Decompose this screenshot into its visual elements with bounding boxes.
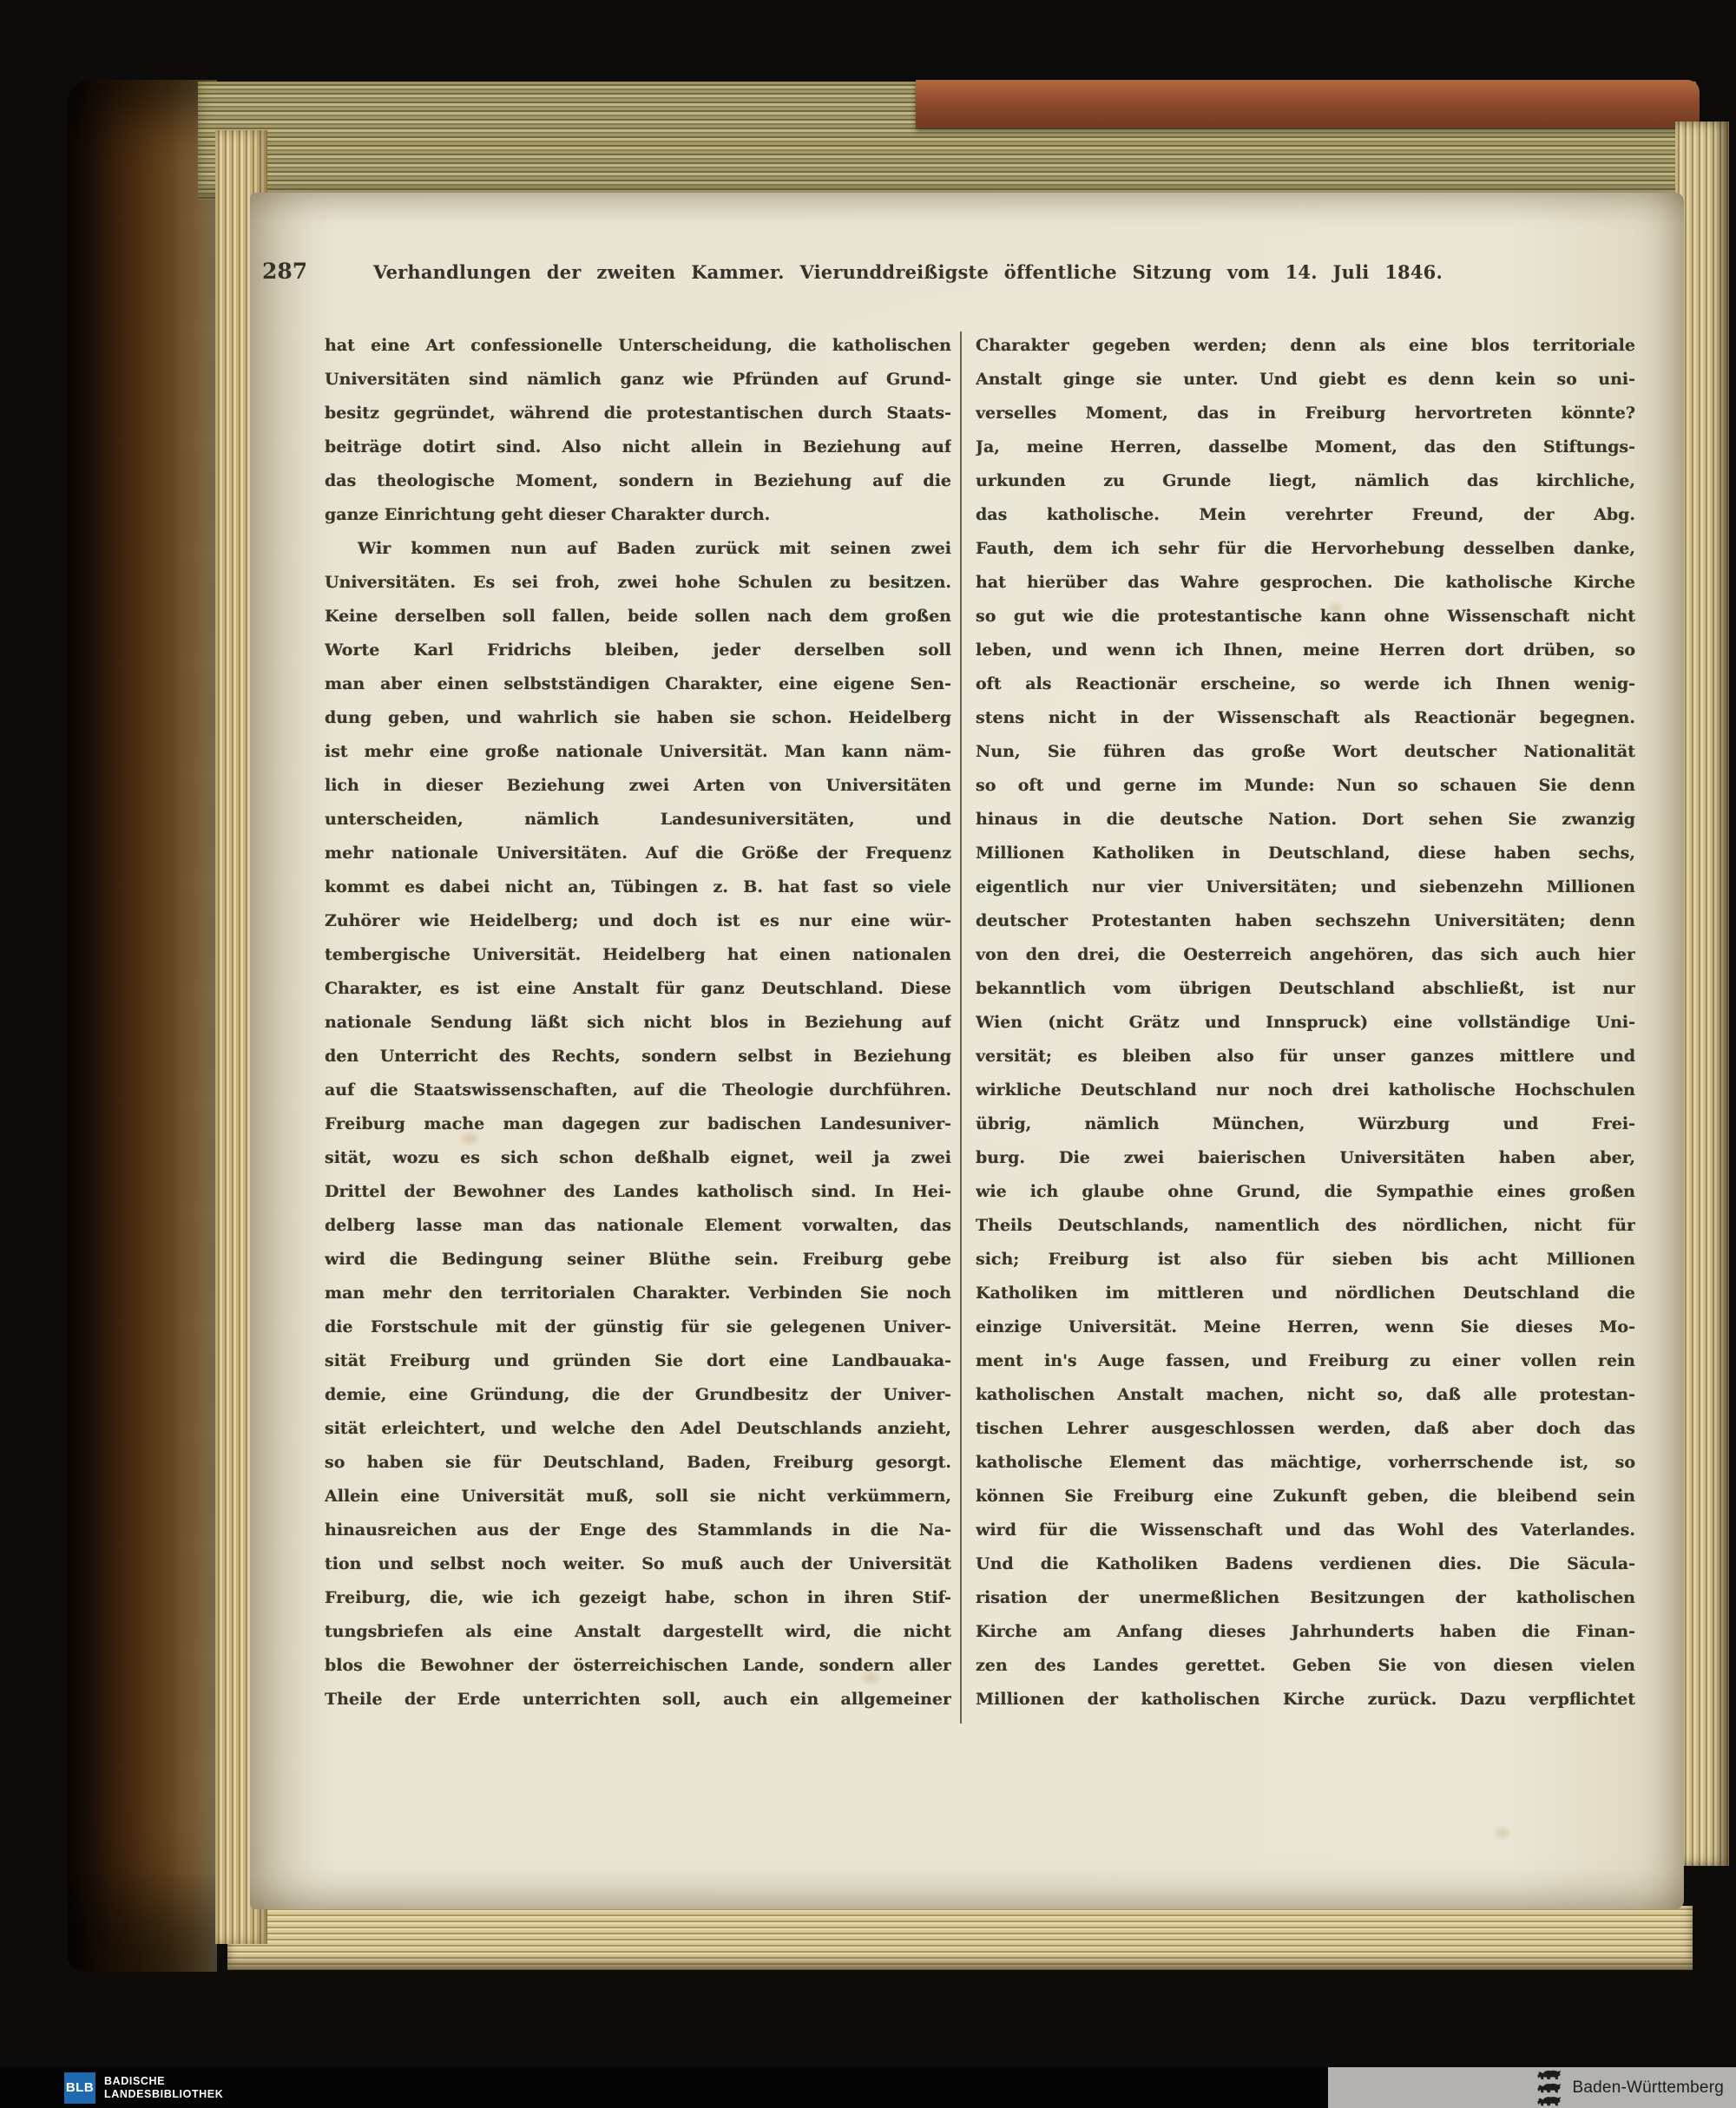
- text-line: Millionen Katholiken in Deutschland, die…: [976, 837, 1635, 870]
- text-line: risation der unermeßlichen Besitzungen d…: [976, 1581, 1635, 1615]
- text-line: sität, wozu es sich schon deßhalb eignet…: [325, 1141, 951, 1175]
- text-line: leben, und wenn ich Ihnen, meine Herren …: [976, 634, 1635, 667]
- text-line: wird für die Wissenschaft und das Wohl d…: [976, 1514, 1635, 1547]
- text-line: Katholiken im mittleren und nördlichen D…: [976, 1277, 1635, 1310]
- column-divider: [960, 332, 962, 1724]
- text-line: Freiburg mache man dagegen zur badischen…: [325, 1107, 951, 1141]
- text-line: ment in's Auge fassen, und Freiburg zu e…: [976, 1344, 1635, 1378]
- text-line: Charakter gegeben werden; denn als eine …: [976, 329, 1635, 363]
- text-line: Charakter, es ist eine Anstalt für ganz …: [325, 972, 951, 1006]
- library-name-line1: BADISCHE: [104, 2075, 223, 2088]
- text-line: hinausreichen aus der Enge des Stammland…: [325, 1514, 951, 1547]
- text-line: sität erleichtert, und welche den Adel D…: [325, 1412, 951, 1446]
- text-line: Freiburg, die, wie ich gezeigt habe, sch…: [325, 1581, 951, 1615]
- text-line: tion und selbst noch weiter. So muß auch…: [325, 1547, 951, 1581]
- text-column-left: hat eine Art confessionelle Unterscheidu…: [325, 329, 951, 1717]
- text-line: delberg lasse man das nationale Element …: [325, 1209, 951, 1243]
- text-line: wird die Bedingung seiner Blüthe sein. F…: [325, 1243, 951, 1277]
- page-number: 287: [262, 259, 307, 284]
- text-line: Worte Karl Fridrichs bleiben, jeder ders…: [325, 634, 951, 667]
- library-footer-bar: BLB BADISCHE LANDESBIBLIOTHEK: [0, 2067, 1328, 2108]
- text-line: urkunden zu Grunde liegt, nämlich das ki…: [976, 464, 1635, 498]
- text-line: sität Freiburg und gründen Sie dort eine…: [325, 1344, 951, 1378]
- text-line: Allein eine Universität muß, soll sie ni…: [325, 1480, 951, 1514]
- running-header: Verhandlungen der zweiten Kammer. Vierun…: [373, 261, 1443, 283]
- text-line: Kirche am Anfang dieses Jahrhunderts hab…: [976, 1615, 1635, 1649]
- text-line: Ja, meine Herren, dasselbe Moment, das d…: [976, 430, 1635, 464]
- text-line: Drittel der Bewohner des Landes katholis…: [325, 1175, 951, 1209]
- text-line: hat hierüber das Wahre gesprochen. Die k…: [976, 566, 1635, 600]
- text-line: kommt es dabei nicht an, Tübingen z. B. …: [325, 870, 951, 904]
- text-line: demie, eine Gründung, die der Grundbesit…: [325, 1378, 951, 1412]
- text-line: sich; Freiburg ist also für sieben bis a…: [976, 1243, 1635, 1277]
- text-line: ganze Einrichtung geht dieser Charakter …: [325, 498, 951, 532]
- text-line: dung geben, und wahrlich sie haben sie s…: [325, 701, 951, 735]
- book-spine: [68, 80, 217, 1972]
- text-line: katholischen Anstalt machen, nicht so, d…: [976, 1378, 1635, 1412]
- text-line: katholische Element das mächtige, vorher…: [976, 1446, 1635, 1480]
- text-line: Keine derselben soll fallen, beide solle…: [325, 600, 951, 634]
- text-line: versität; es bleiben also für unser ganz…: [976, 1040, 1635, 1074]
- text-line: lich in dieser Beziehung zwei Arten von …: [325, 769, 951, 803]
- text-column-right: Charakter gegeben werden; denn als eine …: [976, 329, 1635, 1717]
- book-page: 287 Verhandlungen der zweiten Kammer. Vi…: [250, 193, 1684, 1909]
- text-line: man aber einen selbstständigen Charakter…: [325, 667, 951, 701]
- text-line: deutscher Protestanten haben sechszehn U…: [976, 904, 1635, 938]
- text-line: Millionen der katholischen Kirche zurück…: [976, 1683, 1635, 1717]
- text-line: stens nicht in der Wissenschaft als Reac…: [976, 701, 1635, 735]
- text-line: hat eine Art confessionelle Unterscheidu…: [325, 329, 951, 363]
- text-line: einzige Universität. Meine Herren, wenn …: [976, 1310, 1635, 1344]
- text-line: mehr nationale Universitäten. Auf die Gr…: [325, 837, 951, 870]
- text-line: Anstalt ginge sie unter. Und giebt es de…: [976, 363, 1635, 397]
- text-line: oft als Reactionär erscheine, so werde i…: [976, 667, 1635, 701]
- text-line: nationale Sendung läßt sich nicht blos i…: [325, 1006, 951, 1040]
- scanned-book-photo: 287 Verhandlungen der zweiten Kammer. Vi…: [0, 0, 1736, 2108]
- text-line: man mehr den territorialen Charakter. Ve…: [325, 1277, 951, 1310]
- text-line: tischen Lehrer ausgeschlossen werden, da…: [976, 1412, 1635, 1446]
- text-line: beiträge dotirt sind. Also nicht allein …: [325, 430, 951, 464]
- text-line: Theile der Erde unterrichten soll, auch …: [325, 1683, 951, 1717]
- text-line: Fauth, dem ich sehr für die Hervorhebung…: [976, 532, 1635, 566]
- text-line: verselles Moment, das in Freiburg hervor…: [976, 397, 1635, 430]
- text-line: von den drei, die Oesterreich angehören,…: [976, 938, 1635, 972]
- text-line: Zuhörer wie Heidelberg; und doch ist es …: [325, 904, 951, 938]
- text-line: so haben sie für Deutschland, Baden, Fre…: [325, 1446, 951, 1480]
- library-name-line2: LANDESBIBLIOTHEK: [104, 2088, 223, 2101]
- text-line: bekanntlich vom übrigen Deutschland absc…: [976, 972, 1635, 1006]
- text-line: wirkliche Deutschland nur noch drei kath…: [976, 1074, 1635, 1107]
- text-line: Universitäten sind nämlich ganz wie Pfrü…: [325, 363, 951, 397]
- blb-logo-label: BLB: [66, 2080, 94, 2095]
- text-line: so gut wie die protestantische kann ohne…: [976, 600, 1635, 634]
- text-line: Nun, Sie führen das große Wort deutscher…: [976, 735, 1635, 769]
- text-line: wie ich glaube ohne Grund, die Sympathie…: [976, 1175, 1635, 1209]
- book-cover-edge: [916, 80, 1700, 128]
- text-line: Theils Deutschlands, namentlich des nörd…: [976, 1209, 1635, 1243]
- text-line: Wir kommen nun auf Baden zurück mit sein…: [325, 532, 951, 566]
- text-line: die Forstschule mit der günstig für sie …: [325, 1310, 951, 1344]
- state-label: Baden-Württemberg: [1573, 2078, 1724, 2098]
- text-line: können Sie Freiburg eine Zukunft geben, …: [976, 1480, 1635, 1514]
- text-line: blos die Bewohner der österreichischen L…: [325, 1649, 951, 1683]
- text-line: das theologische Moment, sondern in Bezi…: [325, 464, 951, 498]
- page-stack-bottom-edges: [227, 1906, 1693, 1970]
- library-name: BADISCHE LANDESBIBLIOTHEK: [104, 2075, 223, 2101]
- baden-wuerttemberg-coat-of-arms-icon: [1536, 2069, 1564, 2107]
- text-line: tembergische Universität. Heidelberg hat…: [325, 938, 951, 972]
- text-line: den Unterricht des Rechts, sondern selbs…: [325, 1040, 951, 1074]
- text-line: Wien (nicht Grätz und Innspruck) eine vo…: [976, 1006, 1635, 1040]
- text-line: hinaus in die deutsche Nation. Dort sehe…: [976, 803, 1635, 837]
- text-line: übrig, nämlich München, Würzburg und Fre…: [976, 1107, 1635, 1141]
- text-line: eigentlich nur vier Universitäten; und s…: [976, 870, 1635, 904]
- text-line: Universitäten. Es sei froh, zwei hohe Sc…: [325, 566, 951, 600]
- text-line: burg. Die zwei baierischen Universitäten…: [976, 1141, 1635, 1175]
- text-line: unterscheiden, nämlich Landesuniversität…: [325, 803, 951, 837]
- state-footer-bar: Baden-Württemberg: [1328, 2067, 1736, 2108]
- foxing-spot: [1491, 1824, 1512, 1842]
- text-line: ist mehr eine große nationale Universitä…: [325, 735, 951, 769]
- text-line: so oft und gerne im Munde: Nun so schaue…: [976, 769, 1635, 803]
- text-line: besitz gegründet, während die protestant…: [325, 397, 951, 430]
- text-line: zen des Landes gerettet. Geben Sie von d…: [976, 1649, 1635, 1683]
- text-line: tungsbriefen als eine Anstalt dargestell…: [325, 1615, 951, 1649]
- blb-logo: BLB: [64, 2072, 95, 2104]
- text-line: Und die Katholiken Badens verdienen dies…: [976, 1547, 1635, 1581]
- text-line: auf die Staatswissenschaften, auf die Th…: [325, 1074, 951, 1107]
- text-line: das katholische. Mein verehrter Freund, …: [976, 498, 1635, 532]
